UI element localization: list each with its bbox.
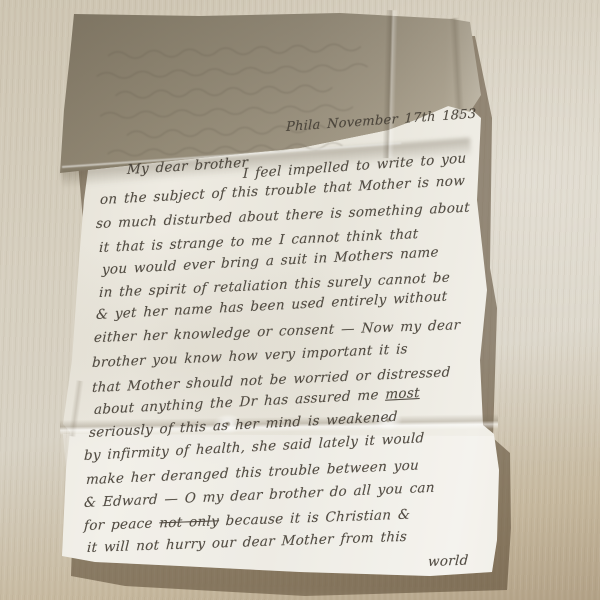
line-text: for peace xyxy=(84,515,160,534)
letter-closing-word: world xyxy=(428,553,469,570)
underlined-word: most xyxy=(385,385,420,403)
photo-of-letter: Phila November 17th 1853 My dear brother… xyxy=(0,0,600,600)
struck-word: not only xyxy=(159,513,220,531)
